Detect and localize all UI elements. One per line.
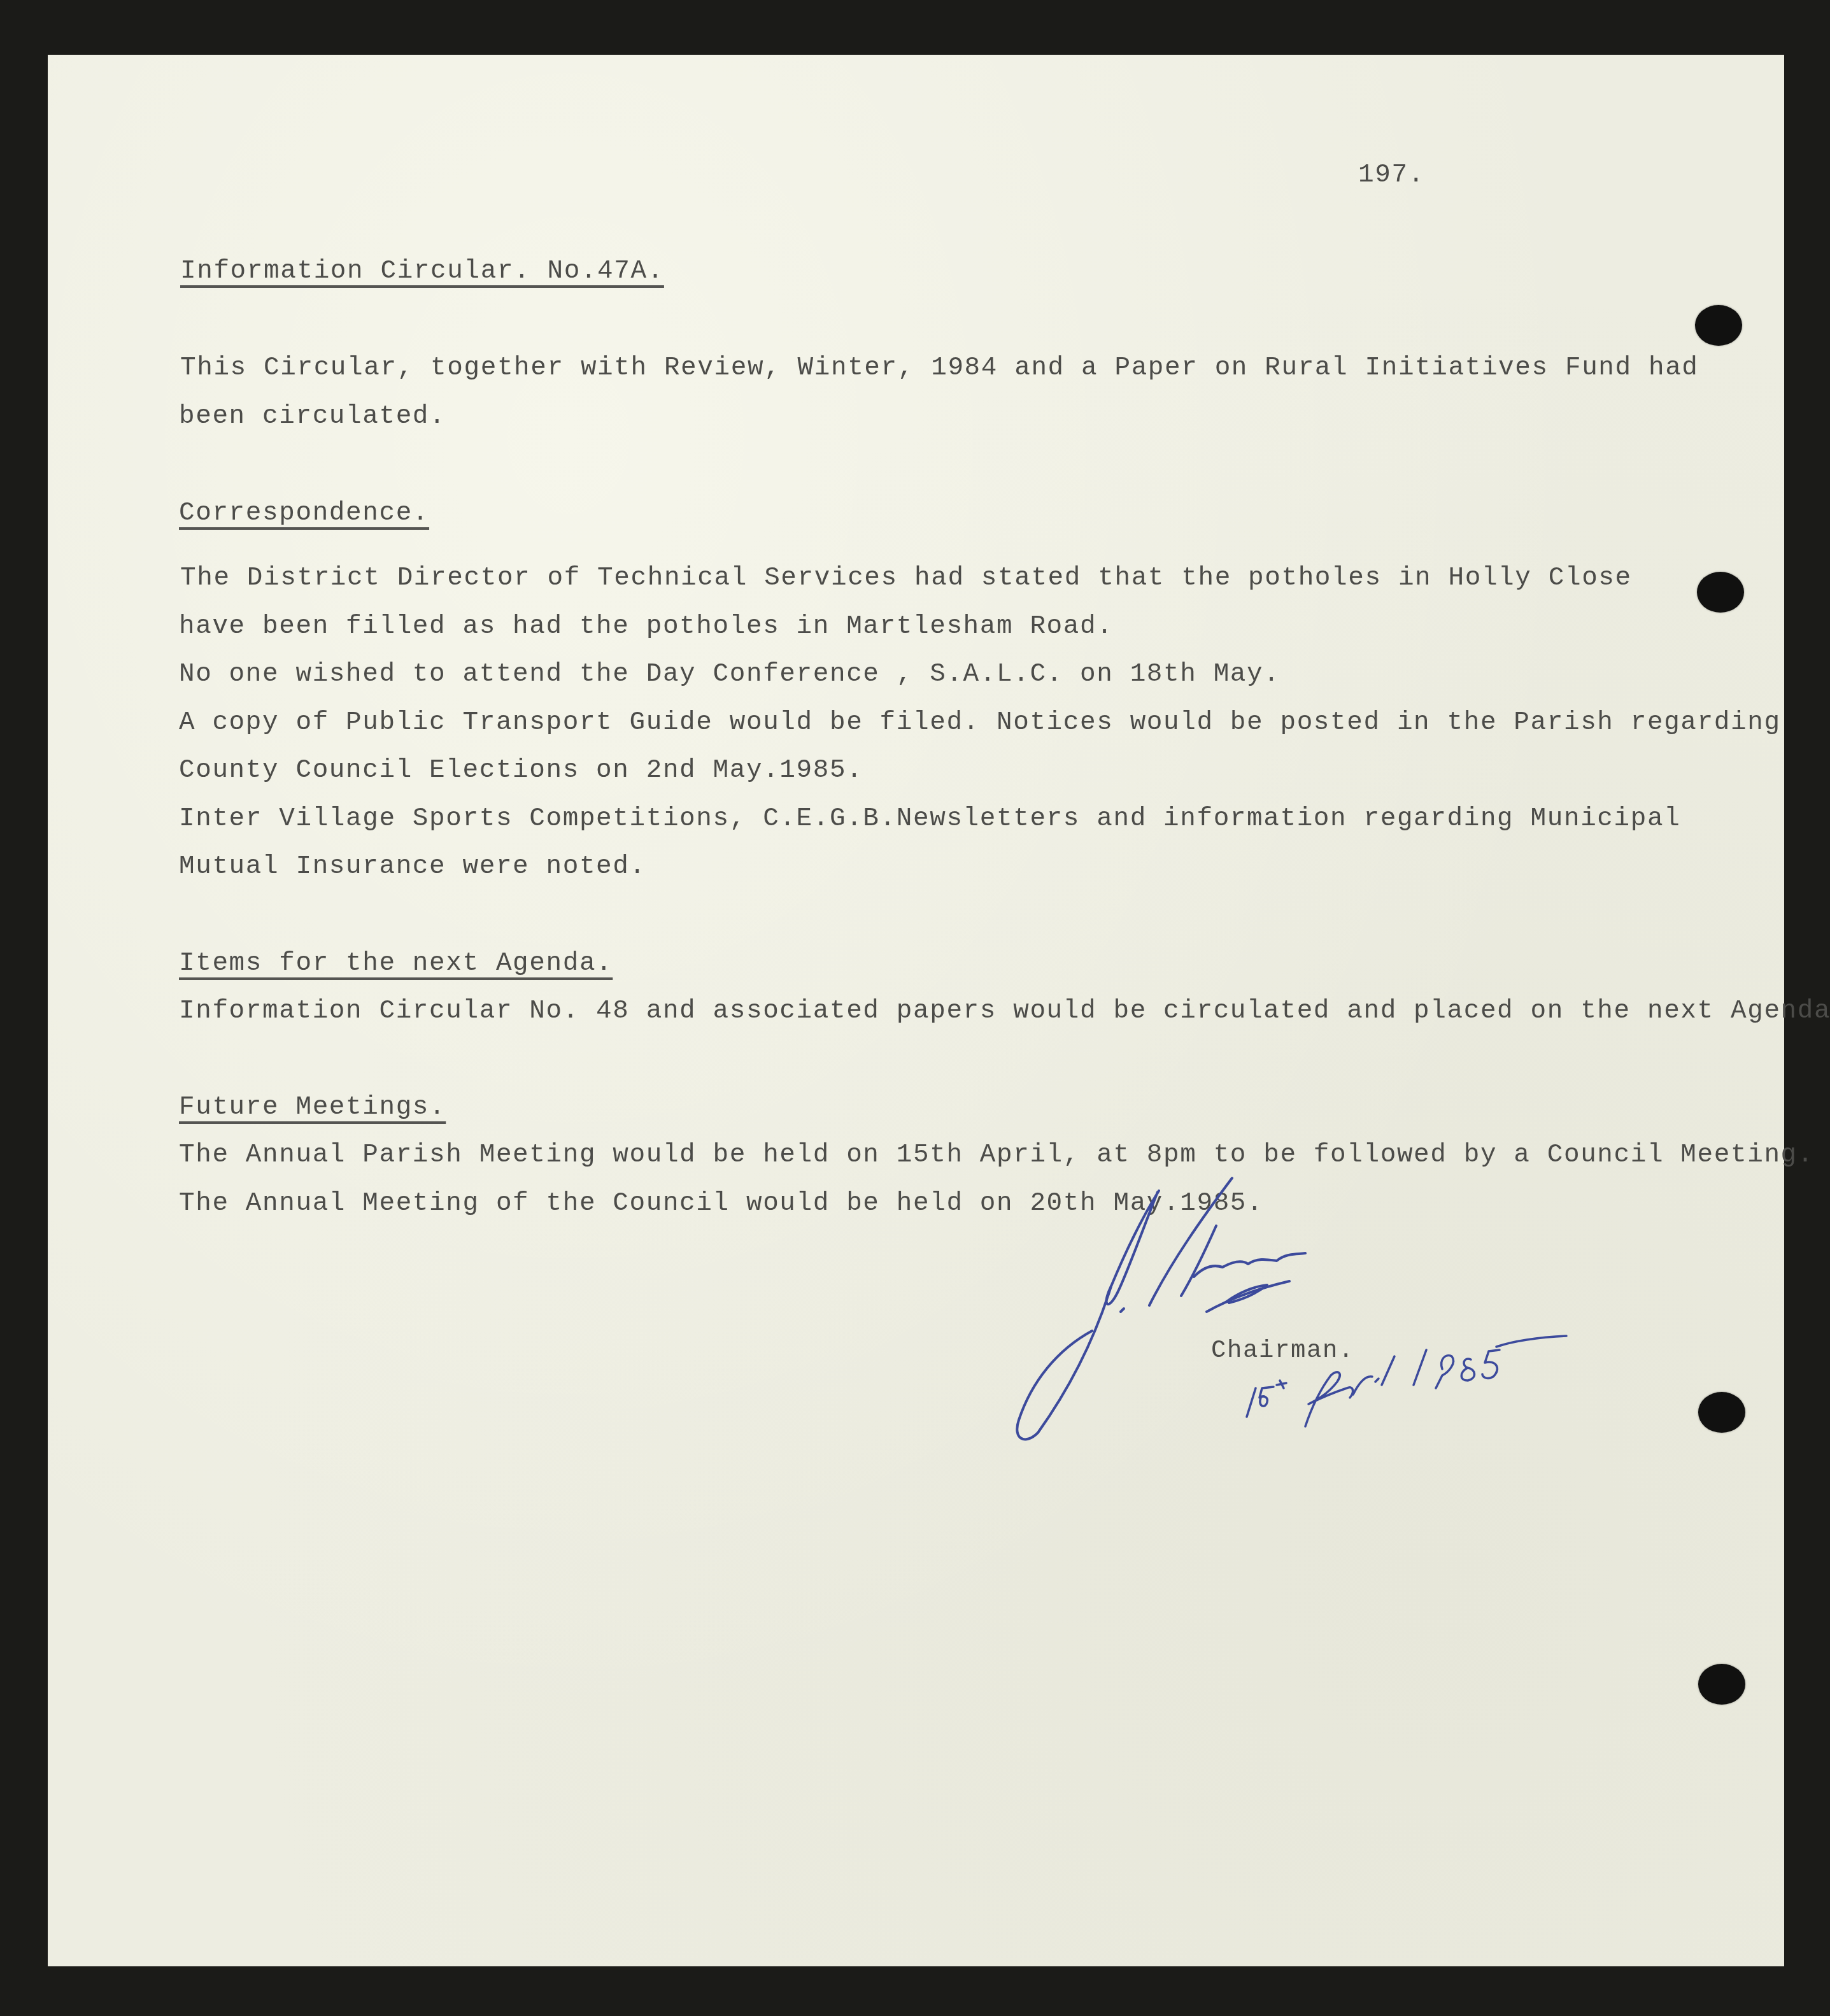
punch-hole [1697,572,1744,613]
section-heading-next-agenda: Items for the next Agenda. [179,951,613,977]
punch-hole [1698,1664,1745,1705]
body-line: This Circular, together with Review, Win… [180,355,1699,381]
body-line: No one wished to attend the Day Conferen… [179,662,1280,688]
body-line: Mutual Insurance were noted. [179,854,646,880]
section-heading-correspondence: Correspondence. [179,500,429,527]
body-line: Inter Village Sports Competitions, C.E.G… [179,806,1680,832]
section-heading-information-circular: Information Circular. No.47A. [180,259,664,285]
punch-hole [1698,1392,1745,1433]
punch-hole [1695,305,1742,346]
body-line: A copy of Public Transport Guide would b… [179,710,1781,736]
page-number: 197. [1358,162,1425,188]
section-heading-future-meetings: Future Meetings. [179,1095,446,1121]
body-line: been circulated. [179,404,446,430]
body-line: The District Director of Technical Servi… [180,565,1632,592]
body-line: County Council Elections on 2nd May.1985… [179,758,863,784]
body-line: Information Circular No. 48 and associat… [179,998,1830,1025]
body-line: The Annual Parish Meeting would be held … [179,1142,1814,1168]
body-line: have been filled as had the potholes in … [179,614,1113,640]
chairman-signature [1006,1178,1566,1445]
